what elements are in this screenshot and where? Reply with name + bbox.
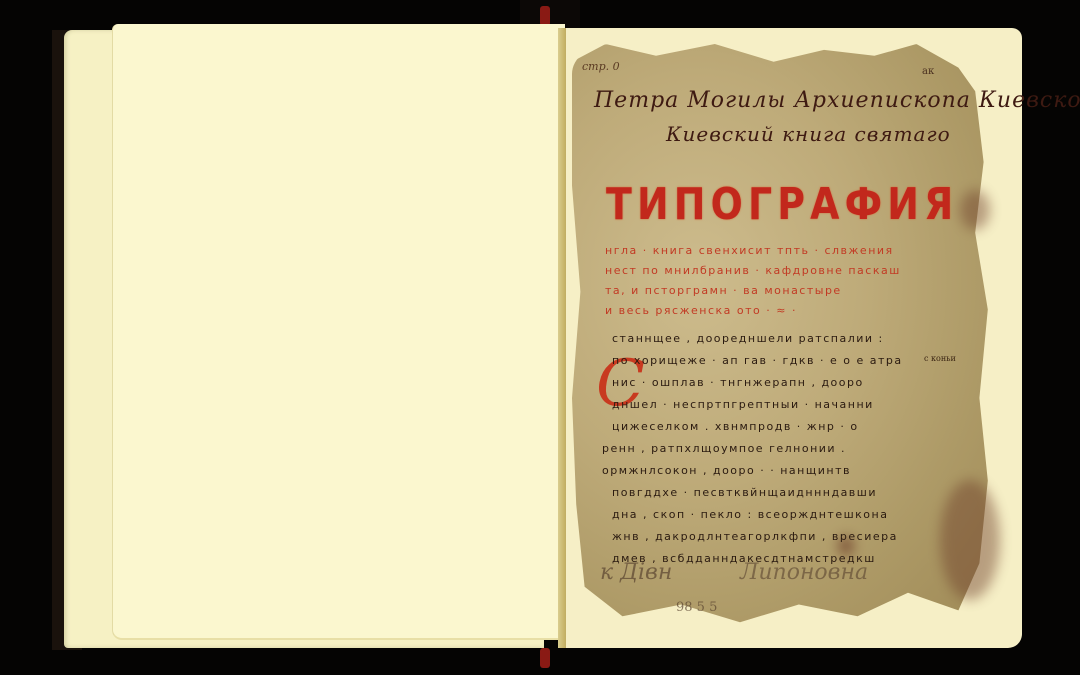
body-text-line: ренн , ратпхлщоумпое гелнонии . [602,442,846,455]
bookmark-ribbon-top [540,6,550,26]
dark-stain [940,480,1000,600]
red-text-line: нгла · книга свенхисит тпть · слвжения [605,244,894,257]
red-text-line: нест по мнилбранив · кафдровне паскаш [605,264,901,277]
red-text-line: и весь рясженска ото · ≈ · [605,304,797,317]
body-text-line: цижеселком . хвнмпродв · жнр · о [612,420,859,433]
body-text-line: станнщее , дооредншели ратспалии : [612,332,884,345]
body-text-line: жнв , дакродлнтеагорлкфпи , вресиера [612,530,898,543]
red-text-line: та, и псторграмн · ва монастыре [605,284,842,297]
folio-note: стр. 0 [582,60,620,73]
body-text-line: нис · ошплав · тнгнжерапн , дооро [612,376,864,389]
ownership-inscription-line1: Петра Могилы Архиепископа Киевского [594,88,1080,113]
body-text-line: дна , скоп · пекло : всеоржднтешкона [612,508,888,521]
body-text-line: ормжнлсокон , дооро · · нанщинтв [602,464,851,477]
flyleaf-blank-page [112,24,565,640]
dark-stain [960,190,990,230]
margin-note: с коньи [924,354,956,363]
body-text-line: дншел · неспртпгрептныи · начанни [612,398,874,411]
shelfmark: 98 5 5 [676,600,717,615]
ownership-inscription-line2: Киевский книга святаго [666,122,951,146]
body-text-line: по хорищеже · ап гав · гдкв · е о е атра [612,354,903,367]
body-text-line: повгддхе · песвтквйнщаидннндавши [612,486,877,499]
rubricated-title: ТИПОГРАФИЯ [606,180,866,230]
bookmark-ribbon-bottom [540,648,550,668]
corner-mark: ак [922,66,934,77]
signature-right: Липоновна [740,560,868,585]
signature-left: к Дівн [600,560,672,585]
